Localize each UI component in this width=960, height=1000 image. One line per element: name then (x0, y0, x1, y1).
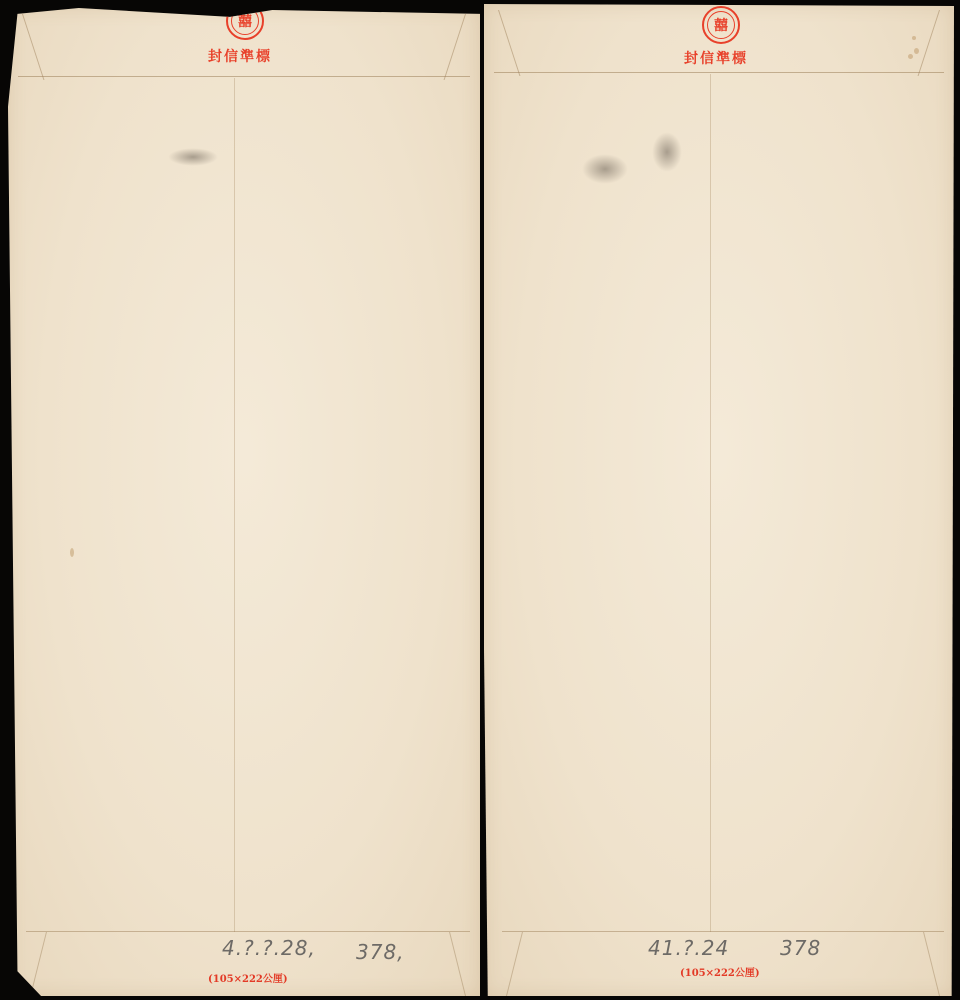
red-seal-icon: 囍 (226, 2, 264, 40)
stain (914, 48, 919, 54)
stain (70, 548, 74, 557)
pencil-number-annotation: 378 (780, 936, 821, 960)
stain (912, 36, 916, 40)
pencil-date-annotation: 41.?.24 (648, 936, 729, 960)
pencil-number-annotation: 378, (356, 940, 405, 964)
size-label: (105×222公厘) (208, 970, 288, 985)
stain (908, 54, 913, 59)
printed-brand-text: 封信準標 (208, 46, 272, 66)
pencil-smudge (652, 132, 682, 172)
printed-brand-text: 封信準標 (684, 48, 748, 68)
pencil-smudge (582, 154, 628, 184)
envelope-back-left: 囍 封信準標 4.?.?.28, 378, (105×222公厘) (8, 8, 480, 996)
pencil-date-annotation: 4.?.?.28, (222, 936, 316, 960)
center-seam (710, 74, 711, 932)
envelope-back-right: 囍 封信準標 41.?.24 378 (105×222公厘) (484, 4, 954, 996)
center-seam (234, 78, 235, 932)
size-label: (105×222公厘) (680, 964, 760, 979)
smudge (168, 148, 218, 166)
red-seal-icon: 囍 (702, 6, 740, 44)
